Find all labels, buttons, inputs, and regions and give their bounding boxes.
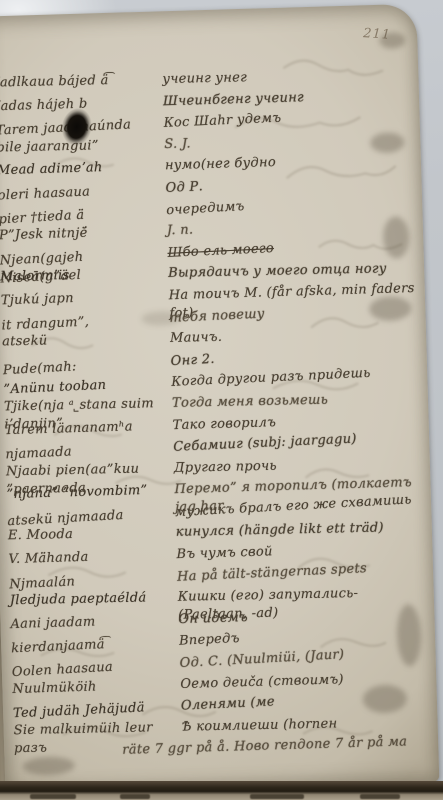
smudge-mark (22, 756, 75, 776)
word-text: Mead adimeʼah (0, 158, 165, 181)
gloss-text: кинулся (hängde likt ett träd) (176, 519, 424, 542)
word-text: oleri haasaua (0, 180, 166, 206)
closed-pages-edge (0, 781, 443, 800)
manuscript-page: 211 Jadlkaua bájed ä͡учеинг унегJadas há… (0, 4, 439, 795)
word-text: Tjike(nja ᵃ˾stana suim iʼdanjin” (4, 395, 173, 435)
gloss-text: учеинг унег (162, 66, 410, 89)
word-text: Jadlkaua bájed ä͡ (0, 71, 163, 93)
manuscript-photo: 211 Jadlkaua bájed ä͡учеинг унегJadas há… (0, 0, 443, 800)
word-text: Jledjuda paeptaéldá (10, 589, 178, 611)
word-text: Njaabi pien(aa”kuu ”paernaada (6, 459, 175, 499)
smudge-mark (379, 32, 405, 49)
word-text: kierdanjaamä͡ (11, 633, 180, 659)
word-text: Tjukú japn (1, 287, 169, 310)
gloss-text: Кишки (его) запутались- (Paeltaan, -ad) (178, 584, 427, 625)
handwritten-entry-list: Jadlkaua bájed ä͡учеинг унегJadas hájeh … (0, 64, 431, 767)
gloss-text: Вырядаичъ у моего отца ногу (168, 260, 416, 283)
word-text: E. Mooda (8, 524, 176, 546)
word-text: atsekü (2, 330, 170, 352)
word-text: Malormiis (0, 265, 168, 287)
word-text: Aani jaadam (10, 611, 178, 634)
word-text: Sie malkuimüih leur разъ (14, 719, 183, 759)
word-text: V. Mä̈handa (8, 546, 176, 569)
